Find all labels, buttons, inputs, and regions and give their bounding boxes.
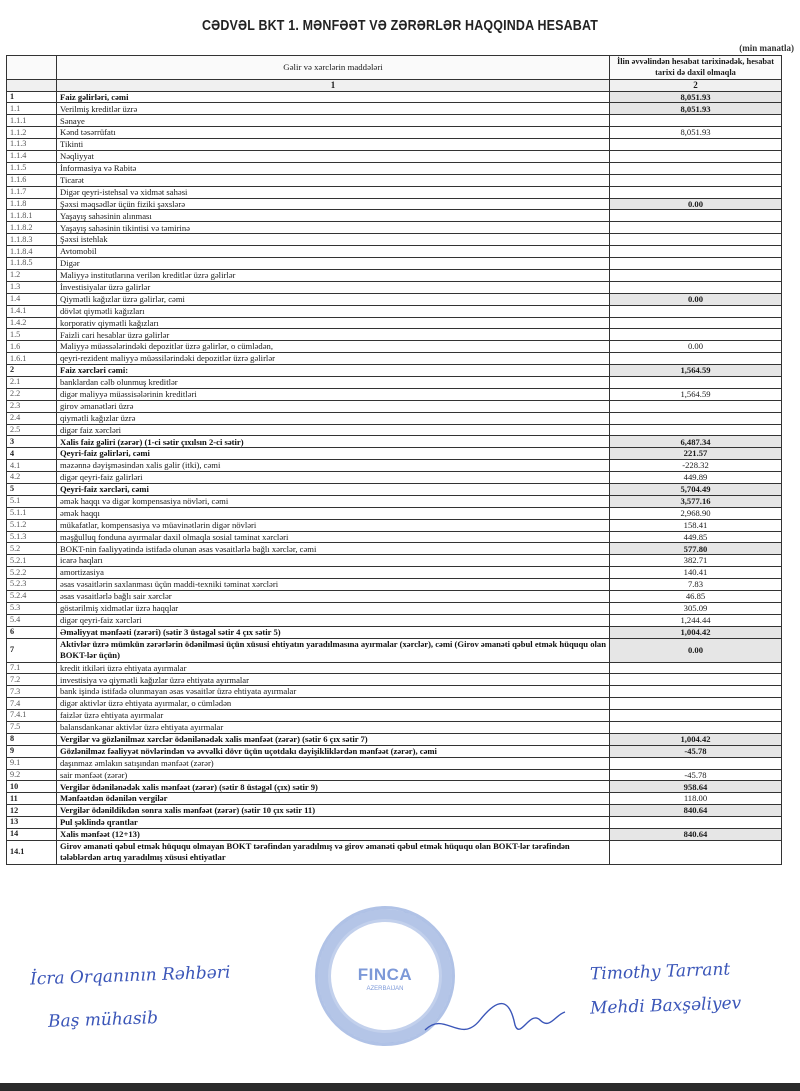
row-code: 5.2.1: [7, 555, 57, 567]
row-code: 2.3: [7, 400, 57, 412]
row-label: qeyri-rezident maliyyə müəssilərindəki d…: [57, 353, 610, 365]
table-row: 1.4.1dövlət qiymətli kağızları: [7, 305, 782, 317]
row-label: İnformasiya və Rabitə: [57, 162, 610, 174]
row-label: Vergilər ödənildikdən sonra xalis mənfəə…: [57, 805, 610, 817]
row-code: 1: [7, 91, 57, 103]
table-row: 10Vergilər ödənilənədək xalis mənfəət (z…: [7, 781, 782, 793]
row-code: 9: [7, 745, 57, 757]
row-value: [610, 151, 782, 163]
table-row: 1.1.5İnformasiya və Rabitə: [7, 162, 782, 174]
table-row: 5.2.3əsas vəsaitlərin saxlanması üçün ma…: [7, 579, 782, 591]
row-label: digər maliyyə müəssisələrinin kreditləri: [57, 388, 610, 400]
table-row: 1.1.8.1Yaşayış sahəsinin alınması: [7, 210, 782, 222]
row-code: 3: [7, 436, 57, 448]
row-value: [610, 258, 782, 270]
row-label: mükafatlar, kompensasiya və müavinətləri…: [57, 519, 610, 531]
row-label: faizlər üzrə ehtiyata ayırmalar: [57, 710, 610, 722]
row-code: 1.6.1: [7, 353, 57, 365]
row-label: Şəxsi məqsədlər üçün fiziki şəxslərə: [57, 198, 610, 210]
table-row: 7Aktivlər üzrə mümkün zərərlərin ödənilm…: [7, 638, 782, 662]
row-label: dövlət qiymətli kağızları: [57, 305, 610, 317]
row-code: 5.2.2: [7, 567, 57, 579]
row-value: 0.00: [610, 638, 782, 662]
row-value: 1,564.59: [610, 365, 782, 377]
row-label: balansdankənar aktivlər üzrə ehtiyata ay…: [57, 722, 610, 734]
row-label: Faiz xərcləri cəmi:: [57, 365, 610, 377]
row-value: [610, 305, 782, 317]
row-label: əmək haqqı: [57, 507, 610, 519]
row-code: 1.1: [7, 103, 57, 115]
row-value: [610, 139, 782, 151]
row-code: 1.1.5: [7, 162, 57, 174]
row-label: icarə haqları: [57, 555, 610, 567]
row-code: 10: [7, 781, 57, 793]
row-label: banklardan cəlb olunmuş kreditlər: [57, 376, 610, 388]
row-label: investisiya və qiymətli kağızlar üzrə eh…: [57, 674, 610, 686]
row-code: 4.2: [7, 472, 57, 484]
row-label: Faizli cari hesablar üzrə gəlirlər: [57, 329, 610, 341]
table-row: 7.4digər aktivlər üzrə ehtiyata ayırmala…: [7, 698, 782, 710]
table-row: 5.4digər qeyri-faiz xərcləri1,244.44: [7, 614, 782, 626]
table-row: 9.1daşınmaz əmlakın satışından mənfəət (…: [7, 757, 782, 769]
row-value: [610, 269, 782, 281]
row-label: digər qeyri-faiz xərcləri: [57, 614, 610, 626]
row-label: Vergilər və gözlənilməz xərclər ödənilən…: [57, 733, 610, 745]
table-row: 1Faiz gəlirləri, cəmi8,051.93: [7, 91, 782, 103]
table-row: 5.1əmək haqqı və digər kompensasiya növl…: [7, 495, 782, 507]
row-label: girov əmanətləri üzrə: [57, 400, 610, 412]
row-label: Digər: [57, 258, 610, 270]
row-value: 221.57: [610, 448, 782, 460]
row-label: daşınmaz əmlakın satışından mənfəət (zər…: [57, 757, 610, 769]
row-code: 14.1: [7, 840, 57, 864]
row-code: 1.1.4: [7, 151, 57, 163]
row-label: Verilmiş kreditlər üzrə: [57, 103, 610, 115]
row-label: Aktivlər üzrə mümkün zərərlərin ödənilmə…: [57, 638, 610, 662]
table-row: 5.2.1icarə haqları382.71: [7, 555, 782, 567]
row-code: 1.4.2: [7, 317, 57, 329]
row-code: 13: [7, 817, 57, 829]
row-label: Yaşayış sahəsinin alınması: [57, 210, 610, 222]
row-label: amortizasiya: [57, 567, 610, 579]
row-value: [610, 698, 782, 710]
row-code: 12: [7, 805, 57, 817]
row-label: Maliyyə müəssələrindəki depozitlər üzrə …: [57, 341, 610, 353]
row-label: Xalis mənfəət (12+13): [57, 829, 610, 841]
table-row: 14.1Girov əmanəti qəbul etmək hüququ olm…: [7, 840, 782, 864]
table-row: 1.1.1Sənaye: [7, 115, 782, 127]
row-code: 1.1.7: [7, 186, 57, 198]
row-label: əmək haqqı və digər kompensasiya növləri…: [57, 495, 610, 507]
table-row: 2.1banklardan cəlb olunmuş kreditlər: [7, 376, 782, 388]
row-label: kredit itkiləri üzrə ehtiyata ayırmalar: [57, 662, 610, 674]
table-row: 1.1.6Ticarət: [7, 174, 782, 186]
row-value: 1,004.42: [610, 626, 782, 638]
row-code: 5.2.4: [7, 590, 57, 602]
row-code: 1.1.3: [7, 139, 57, 151]
row-label: Qeyri-faiz gəlirləri, cəmi: [57, 448, 610, 460]
table-row: 2.3girov əmanətləri üzrə: [7, 400, 782, 412]
table-row: 7.5balansdankənar aktivlər üzrə ehtiyata…: [7, 722, 782, 734]
row-value: 8,051.93: [610, 103, 782, 115]
table-row: 7.3bank işində istifadə olunmayan əsas v…: [7, 686, 782, 698]
table-row: 1.1.7Digər qeyri-istehsal və xidmət sahə…: [7, 186, 782, 198]
row-label: qiymətli kağızlar üzrə: [57, 412, 610, 424]
table-body: 1Faiz gəlirləri, cəmi8,051.931.1Verilmiş…: [7, 91, 782, 864]
row-code: 7.4.1: [7, 710, 57, 722]
row-value: -45.78: [610, 769, 782, 781]
table-row: 9Gözlənilməz fəaliyyət növlərindən və əv…: [7, 745, 782, 757]
table-row: 5.1.1əmək haqqı2,968.90: [7, 507, 782, 519]
table-row: 1.3İnvestisiyalar üzrə gəlirlər: [7, 281, 782, 293]
handwritten-signature-icon: [420, 990, 570, 1050]
row-value: 305.09: [610, 602, 782, 614]
row-code: 7.4: [7, 698, 57, 710]
table-row: 4.1məzənnə dəyişməsindən xalis gəlir (it…: [7, 460, 782, 472]
row-label: əsas vəsaitlərin saxlanması üçün maddi-t…: [57, 579, 610, 591]
signature-left-role: Baş mühasib: [48, 1008, 159, 1032]
table-row: 7.1kredit itkiləri üzrə ehtiyata ayırmal…: [7, 662, 782, 674]
row-code: 1.1.1: [7, 115, 57, 127]
row-code: 7.3: [7, 686, 57, 698]
row-code: 5: [7, 483, 57, 495]
signature-right-name-1: Timothy Tarrant: [590, 960, 731, 985]
row-code: 5.4: [7, 614, 57, 626]
table-row: 1.1.8Şəxsi məqsədlər üçün fiziki şəxslər…: [7, 198, 782, 210]
row-value: 158.41: [610, 519, 782, 531]
table-row: 5.2BOKT-nin fəaliyyətində istifadə oluna…: [7, 543, 782, 555]
income-statement-table: Gəlir və xərclərin maddələri İlin əvvəli…: [6, 55, 782, 865]
row-label: Girov əmanəti qəbul etmək hüququ olmayan…: [57, 840, 610, 864]
table-row: 5Qeyri-faiz xərcləri, cəmi5,704.49: [7, 483, 782, 495]
row-value: 6,487.34: [610, 436, 782, 448]
row-value: 840.64: [610, 805, 782, 817]
table-row: 13Pul şəklində qrantlar: [7, 817, 782, 829]
row-value: [610, 376, 782, 388]
row-label: digər qeyri-faiz gəlirləri: [57, 472, 610, 484]
stamp-logo-text: FINCA: [318, 965, 452, 985]
row-value: [610, 222, 782, 234]
row-value: 2,968.90: [610, 507, 782, 519]
row-code: 1.1.8.2: [7, 222, 57, 234]
row-value: [610, 210, 782, 222]
label-column-header: Gəlir və xərclərin maddələri: [57, 56, 610, 80]
row-value: [610, 722, 782, 734]
row-code: 5.2: [7, 543, 57, 555]
row-code: 5.2.3: [7, 579, 57, 591]
row-value: [610, 234, 782, 246]
table-row: 1.1.2Kənd təsərrüfatı8,051.93: [7, 127, 782, 139]
table-row: 1.4Qiymətli kağızlar üzrə gəlirlər, cəmi…: [7, 293, 782, 305]
row-code: 11: [7, 793, 57, 805]
row-code: 1.1.8.4: [7, 246, 57, 258]
row-label: göstərilmiş xidmətlər üzrə haqqlar: [57, 602, 610, 614]
row-label: Maliyyə institutlarına verilən kreditlər…: [57, 269, 610, 281]
code-column-number: [7, 79, 57, 91]
row-value: 8,051.93: [610, 91, 782, 103]
row-value: 1,564.59: [610, 388, 782, 400]
row-value: [610, 353, 782, 365]
table-row: 1.4.2korporativ qiymətli kağızları: [7, 317, 782, 329]
value-column-number: 2: [610, 79, 782, 91]
row-value: 140.41: [610, 567, 782, 579]
viewer-bottom-bar: [0, 1083, 800, 1091]
row-value: 46.85: [610, 590, 782, 602]
code-column-header: [7, 56, 57, 80]
row-code: 5.1.2: [7, 519, 57, 531]
table-row: 5.1.3məşğulluq fonduna ayırmalar daxil o…: [7, 531, 782, 543]
table-row: 7.2investisiya və qiymətli kağızlar üzrə…: [7, 674, 782, 686]
table-row: 2.2digər maliyyə müəssisələrinin kreditl…: [7, 388, 782, 400]
row-code: 1.1.2: [7, 127, 57, 139]
row-code: 7.5: [7, 722, 57, 734]
table-row: 5.2.4əsas vəsaitlərlə bağlı sair xərclər…: [7, 590, 782, 602]
row-label: Vergilər ödənilənədək xalis mənfəət (zər…: [57, 781, 610, 793]
signature-left-title: İcra Orqanının Rəhbəri: [30, 963, 231, 990]
row-value: 0.00: [610, 198, 782, 210]
row-code: 2.4: [7, 412, 57, 424]
row-label: Şəxsi istehlak: [57, 234, 610, 246]
row-value: [610, 674, 782, 686]
row-label: Tikinti: [57, 139, 610, 151]
row-label: sair mənfəət (zərər): [57, 769, 610, 781]
table-row: 2.5digər faiz xərcləri: [7, 424, 782, 436]
row-code: 7.1: [7, 662, 57, 674]
table-row: 2Faiz xərcləri cəmi:1,564.59: [7, 365, 782, 377]
row-value: 449.89: [610, 472, 782, 484]
row-code: 1.1.6: [7, 174, 57, 186]
row-code: 1.1.8.5: [7, 258, 57, 270]
column-number-row: 1 2: [7, 79, 782, 91]
table-row: 7.4.1faizlər üzrə ehtiyata ayırmalar: [7, 710, 782, 722]
table-row: 4.2digər qeyri-faiz gəlirləri449.89: [7, 472, 782, 484]
row-label: Xalis faiz gəliri (zərər) (1-ci sətir çı…: [57, 436, 610, 448]
row-value: [610, 817, 782, 829]
row-code: 8: [7, 733, 57, 745]
document-title: CƏDVƏL BKT 1. MƏNFƏƏT VƏ ZƏRƏRLƏR HAQQIN…: [56, 18, 744, 34]
table-row: 1.1.8.2Yaşayış sahəsinin tikintisi və tə…: [7, 222, 782, 234]
row-value: 7.83: [610, 579, 782, 591]
row-label: Avtomobil: [57, 246, 610, 258]
table-row: 5.2.2amortizasiya140.41: [7, 567, 782, 579]
row-label: Ticarət: [57, 174, 610, 186]
row-code: 1.4: [7, 293, 57, 305]
table-row: 11Mənfəətdən ödənilən vergilər118.00: [7, 793, 782, 805]
table-row: 1.6.1qeyri-rezident maliyyə müəssilərind…: [7, 353, 782, 365]
row-label: Faiz gəlirləri, cəmi: [57, 91, 610, 103]
row-value: 8,051.93: [610, 127, 782, 139]
table-row: 3Xalis faiz gəliri (zərər) (1-ci sətir ç…: [7, 436, 782, 448]
row-code: 7.2: [7, 674, 57, 686]
row-code: 5.1: [7, 495, 57, 507]
row-value: 118.00: [610, 793, 782, 805]
row-code: 7: [7, 638, 57, 662]
row-label: məşğulluq fonduna ayırmalar daxil olmaql…: [57, 531, 610, 543]
row-value: [610, 400, 782, 412]
row-value: [610, 115, 782, 127]
table-row: 6Əməliyyat mənfəəti (zərəri) (sətir 3 üs…: [7, 626, 782, 638]
row-code: 2.1: [7, 376, 57, 388]
signature-right-name-2: Mehdi Baxşəliyev: [590, 993, 742, 1018]
row-value: 840.64: [610, 829, 782, 841]
row-value: 3,577.16: [610, 495, 782, 507]
row-value: 449.85: [610, 531, 782, 543]
table-row: 9.2sair mənfəət (zərər)-45.78: [7, 769, 782, 781]
row-label: Kənd təsərrüfatı: [57, 127, 610, 139]
row-value: [610, 317, 782, 329]
row-code: 1.2: [7, 269, 57, 281]
row-label: Sənaye: [57, 115, 610, 127]
row-code: 1.1.8: [7, 198, 57, 210]
row-code: 2.2: [7, 388, 57, 400]
unit-note: (min manatla): [739, 43, 794, 53]
row-label: korporativ qiymətli kağızları: [57, 317, 610, 329]
table-row: 5.1.2mükafatlar, kompensasiya və müavinə…: [7, 519, 782, 531]
row-value: 1,244.44: [610, 614, 782, 626]
table-row: 1.1.3Tikinti: [7, 139, 782, 151]
row-label: Digər qeyri-istehsal və xidmət sahəsi: [57, 186, 610, 198]
table-row: 1.1.8.4Avtomobil: [7, 246, 782, 258]
row-value: [610, 162, 782, 174]
row-code: 1.1.8.1: [7, 210, 57, 222]
table-row: 14Xalis mənfəət (12+13)840.64: [7, 829, 782, 841]
row-label: Qeyri-faiz xərcləri, cəmi: [57, 483, 610, 495]
row-value: 5,704.49: [610, 483, 782, 495]
table-row: 1.1.8.3Şəxsi istehlak: [7, 234, 782, 246]
row-value: 1,004.42: [610, 733, 782, 745]
table-row: 1.1Verilmiş kreditlər üzrə8,051.93: [7, 103, 782, 115]
table-row: 12Vergilər ödənildikdən sonra xalis mənf…: [7, 805, 782, 817]
table-row: 4Qeyri-faiz gəlirləri, cəmi221.57: [7, 448, 782, 460]
row-label: Qiymətli kağızlar üzrə gəlirlər, cəmi: [57, 293, 610, 305]
row-value: [610, 686, 782, 698]
row-value: [610, 329, 782, 341]
row-code: 2.5: [7, 424, 57, 436]
table-row: 8Vergilər və gözlənilməz xərclər ödənilə…: [7, 733, 782, 745]
row-code: 4: [7, 448, 57, 460]
row-value: [610, 246, 782, 258]
row-code: 5.1.3: [7, 531, 57, 543]
row-value: [610, 186, 782, 198]
row-code: 9.1: [7, 757, 57, 769]
row-label: Mənfəətdən ödənilən vergilər: [57, 793, 610, 805]
row-value: -45.78: [610, 745, 782, 757]
row-label: digər faiz xərcləri: [57, 424, 610, 436]
row-label: Nəqliyyat: [57, 151, 610, 163]
row-code: 4.1: [7, 460, 57, 472]
row-value: [610, 412, 782, 424]
row-label: Pul şəklində qrantlar: [57, 817, 610, 829]
table-row: 1.5Faizli cari hesablar üzrə gəlirlər: [7, 329, 782, 341]
row-value: 382.71: [610, 555, 782, 567]
row-code: 6: [7, 626, 57, 638]
row-code: 1.3: [7, 281, 57, 293]
row-code: 2: [7, 365, 57, 377]
row-value: [610, 662, 782, 674]
value-column-header: İlin əvvəlindən hesabat tarixinədək, hes…: [610, 56, 782, 80]
row-value: [610, 757, 782, 769]
label-column-number: 1: [57, 79, 610, 91]
row-value: 0.00: [610, 341, 782, 353]
row-code: 5.3: [7, 602, 57, 614]
row-code: 1.5: [7, 329, 57, 341]
table-row: 1.1.4Nəqliyyat: [7, 151, 782, 163]
table-header-row: Gəlir və xərclərin maddələri İlin əvvəli…: [7, 56, 782, 80]
row-label: məzənnə dəyişməsindən xalis gəlir (itki)…: [57, 460, 610, 472]
row-code: 14: [7, 829, 57, 841]
row-label: İnvestisiyalar üzrə gəlirlər: [57, 281, 610, 293]
row-label: Əməliyyat mənfəəti (zərəri) (sətir 3 üst…: [57, 626, 610, 638]
row-value: 577.80: [610, 543, 782, 555]
row-code: 5.1.1: [7, 507, 57, 519]
table-row: 1.2Maliyyə institutlarına verilən kredit…: [7, 269, 782, 281]
row-value: 958.64: [610, 781, 782, 793]
row-label: BOKT-nin fəaliyyətində istifadə olunan ə…: [57, 543, 610, 555]
row-value: [610, 710, 782, 722]
row-value: [610, 840, 782, 864]
row-value: 0.00: [610, 293, 782, 305]
row-value: [610, 174, 782, 186]
table-row: 1.6Maliyyə müəssələrindəki depozitlər üz…: [7, 341, 782, 353]
row-value: [610, 424, 782, 436]
row-code: 9.2: [7, 769, 57, 781]
table-row: 2.4qiymətli kağızlar üzrə: [7, 412, 782, 424]
table-row: 5.3göstərilmiş xidmətlər üzrə haqqlar305…: [7, 602, 782, 614]
row-code: 1.4.1: [7, 305, 57, 317]
row-label: əsas vəsaitlərlə bağlı sair xərclər: [57, 590, 610, 602]
row-code: 1.6: [7, 341, 57, 353]
table-row: 1.1.8.5Digər: [7, 258, 782, 270]
row-label: Yaşayış sahəsinin tikintisi və təmirinə: [57, 222, 610, 234]
row-label: bank işində istifadə olunmayan əsas vəsa…: [57, 686, 610, 698]
row-value: [610, 281, 782, 293]
row-label: digər aktivlər üzrə ehtiyata ayırmalar, …: [57, 698, 610, 710]
row-label: Gözlənilməz fəaliyyət növlərindən və əvv…: [57, 745, 610, 757]
row-value: -228.32: [610, 460, 782, 472]
row-code: 1.1.8.3: [7, 234, 57, 246]
